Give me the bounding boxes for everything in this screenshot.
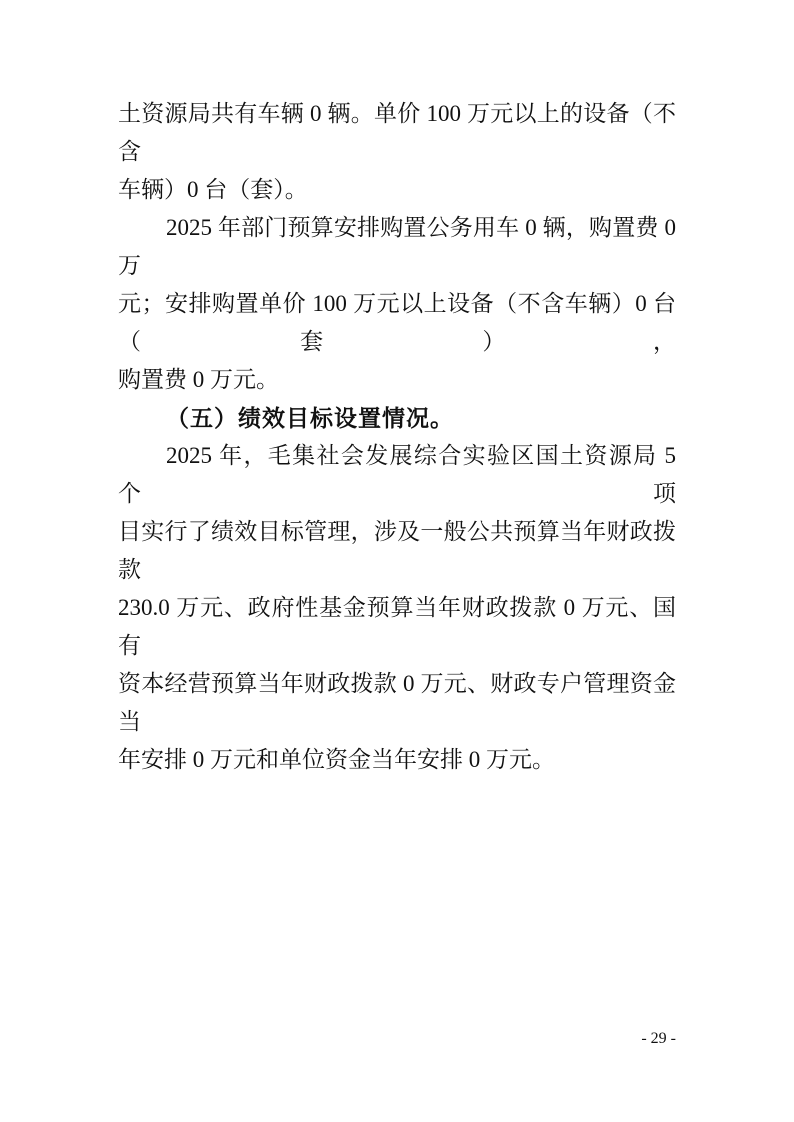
text-line: 年安排 0 万元和单位资金当年安排 0 万元。 [118,741,676,779]
text-line: 目实行了绩效目标管理，涉及一般公共预算当年财政拨款 [118,513,676,589]
text-line: 土资源局共有车辆 0 辆。单价 100 万元以上的设备（不含 [118,95,676,171]
text-line: 230.0 万元、政府性基金预算当年财政拨款 0 万元、国有 [118,589,676,665]
text-line: 2025 年，毛集社会发展综合实验区国土资源局 5 个项 [118,437,676,513]
text-line: 元；安排购置单价 100 万元以上设备（不含车辆）0 台（套）， [118,285,676,361]
paragraph-purchase-plan: 2025 年部门预算安排购置公务用车 0 辆，购置费 0 万 元；安排购置单价 … [118,209,676,399]
document-page: 土资源局共有车辆 0 辆。单价 100 万元以上的设备（不含 车辆）0 台（套）… [0,0,794,1122]
document-body: 土资源局共有车辆 0 辆。单价 100 万元以上的设备（不含 车辆）0 台（套）… [118,95,676,779]
text-line: 车辆）0 台（套）。 [118,171,676,209]
paragraph-vehicles-continued: 土资源局共有车辆 0 辆。单价 100 万元以上的设备（不含 车辆）0 台（套）… [118,95,676,209]
page-number: - 29 - [118,1029,676,1049]
paragraph-performance-targets: 2025 年，毛集社会发展综合实验区国土资源局 5 个项 目实行了绩效目标管理，… [118,437,676,779]
text-line: 资本经营预算当年财政拨款 0 万元、财政专户管理资金当 [118,665,676,741]
text-line: 2025 年部门预算安排购置公务用车 0 辆，购置费 0 万 [118,209,676,285]
text-line: 购置费 0 万元。 [118,361,676,399]
section-heading: （五）绩效目标设置情况。 [118,399,676,437]
